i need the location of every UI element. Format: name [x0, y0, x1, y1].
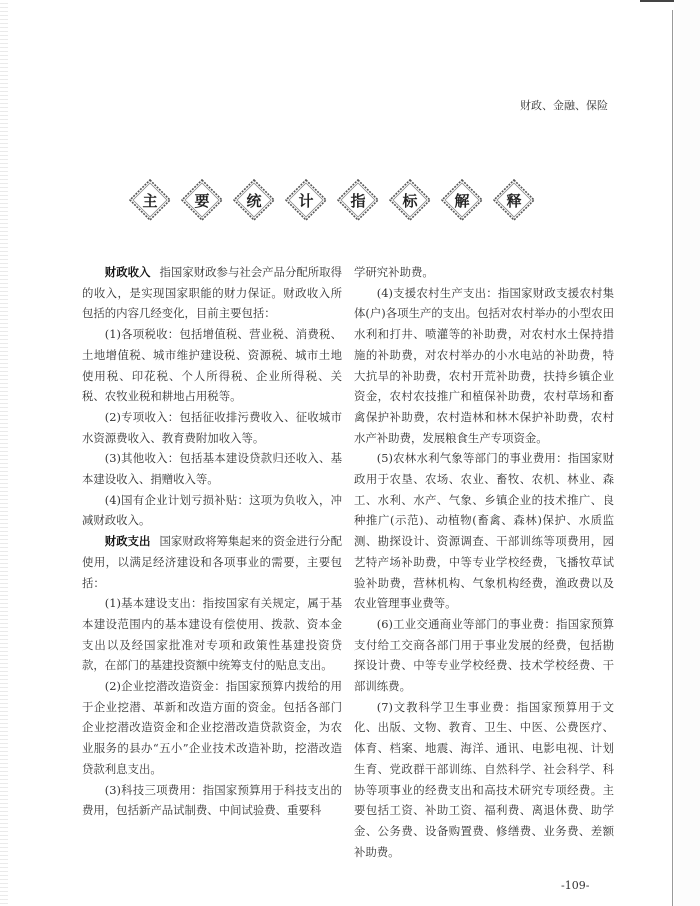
diamond-ornament: 解	[440, 178, 484, 222]
diamond-ornament: 标	[388, 178, 432, 222]
diamond-ornament: 释	[492, 178, 536, 222]
title-char: 要	[194, 190, 209, 211]
page-right-rule	[672, 10, 673, 906]
list-item: (1)基本建设支出：指按国家有关规定，属于基本建设范围内的基本建设有偿使用、拨款…	[82, 593, 342, 676]
diamond-ornament: 指	[336, 178, 380, 222]
definition-fiscal-expenditure: 财政支出国家财政将筹集起来的资金进行分配使用，以满足经济建设和各项事业的需要，主…	[82, 531, 342, 593]
term-heading: 财政支出	[105, 534, 151, 548]
list-item: (4)支援农村生产支出：指国家财政支援农村集体(户)各项生产的支出。包括对农村举…	[354, 283, 614, 449]
scan-left-edge	[0, 0, 8, 906]
title-char: 释	[506, 190, 521, 211]
list-item: (2)专项收入：包括征收排污费收入、征收城市水资源费收入、教育费附加收入等。	[82, 407, 342, 448]
right-column: 学研究补助费。 (4)支援农村生产支出：指国家财政支援农村集体(户)各项生产的支…	[354, 262, 614, 862]
diamond-ornament: 计	[284, 178, 328, 222]
list-item: (6)工业交通商业等部门的事业费：指国家预算支付给工交商各部门用于事业发展的经费…	[354, 614, 614, 697]
title-char: 统	[246, 190, 261, 211]
page-number: -109-	[561, 879, 589, 892]
list-item: (5)农林水利气象等部门的事业费用：指国家财政用于农垦、农场、农业、畜牧、农机、…	[354, 448, 614, 614]
list-item: (2)企业挖潜改造资金：指国家预算内拨给的用于企业挖潜、革新和改造方面的资金。包…	[82, 676, 342, 780]
list-item: (4)国有企业计划亏损补贴：这项为负收入，冲减财政收入。	[82, 490, 342, 531]
diamond-ornament: 要	[180, 178, 224, 222]
left-column: 财政收入指国家财政参与社会产品分配所取得的收入，是实现国家职能的财力保证。财政收…	[82, 262, 342, 821]
term-heading: 财政收入	[105, 265, 151, 279]
list-item: (1)各项税收：包括增值税、营业税、消费税、土地增值税、城市维护建设税、资源税、…	[82, 324, 342, 407]
list-item: (3)其他收入：包括基本建设贷款归还收入、基本建设收入、捐赠收入等。	[82, 448, 342, 489]
title-char: 主	[142, 190, 157, 211]
title-char: 计	[298, 190, 313, 211]
title-char: 解	[454, 190, 469, 211]
continued-text: 学研究补助费。	[354, 262, 614, 283]
definition-fiscal-revenue: 财政收入指国家财政参与社会产品分配所取得的收入，是实现国家职能的财力保证。财政收…	[82, 262, 342, 324]
title-char: 标	[402, 190, 417, 211]
running-head: 财政、金融、保险	[520, 97, 608, 113]
diamond-ornament: 主	[128, 178, 172, 222]
title-char: 指	[350, 190, 365, 211]
list-item: (3)科技三项费用：指国家预算用于科技支出的费用，包括新产品试制费、中间试验费、…	[82, 780, 342, 821]
diamond-ornament: 统	[232, 178, 276, 222]
section-title-banner: 主 要 统 计 指 标 解 释	[128, 178, 536, 222]
list-item: (7)文教科学卫生事业费：指国家预算用于文化、出版、文物、教育、卫生、中医、公费…	[354, 697, 614, 863]
scan-right-edge	[674, 0, 700, 906]
